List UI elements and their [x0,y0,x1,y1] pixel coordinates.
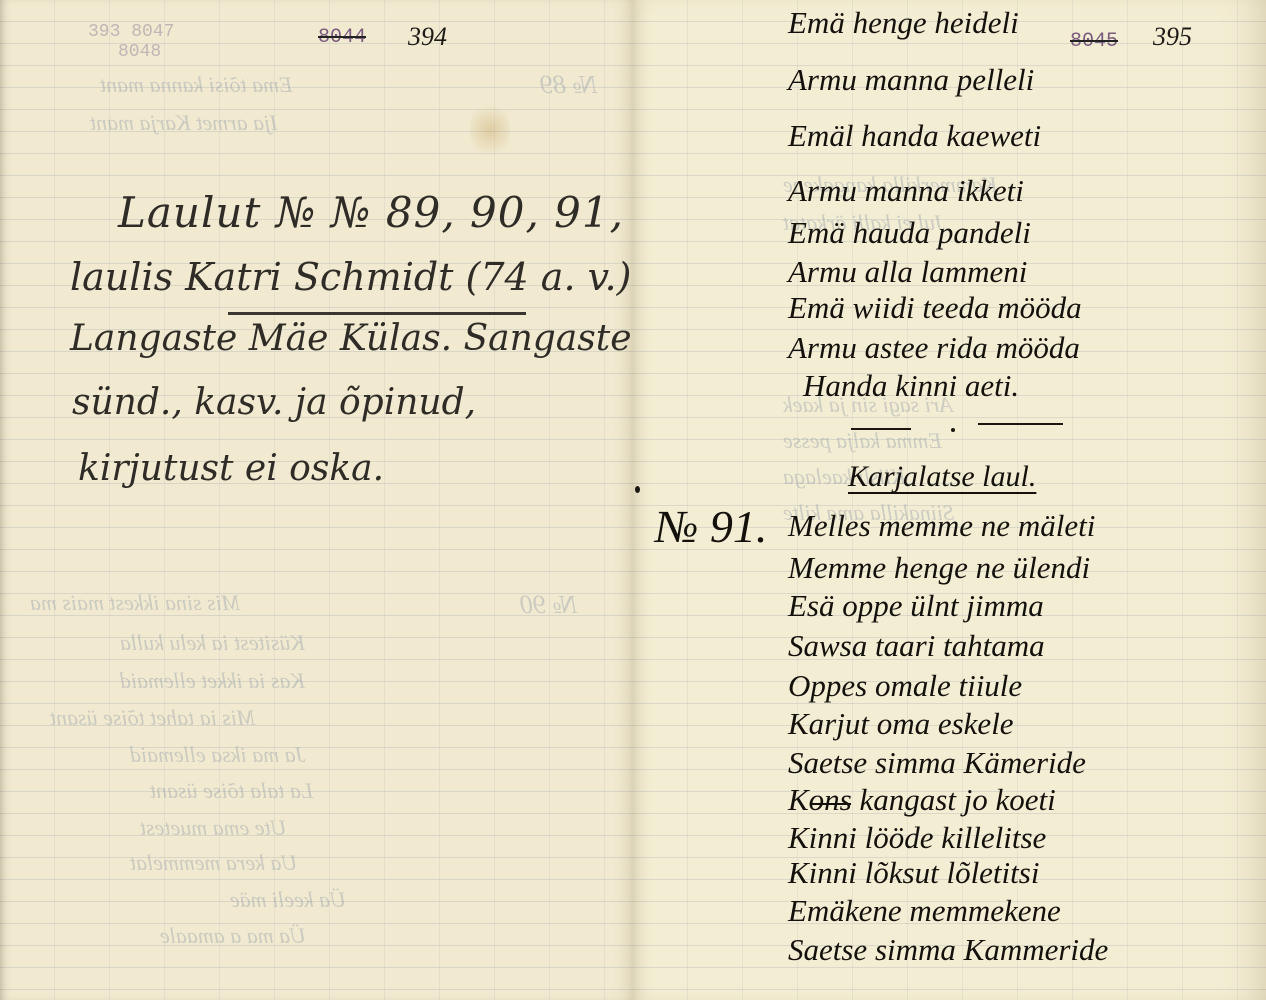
song-verse-line: Kinni lööde killelitse [788,820,1046,856]
old-archive-number: 8045 [1070,30,1118,53]
song-verse-line: Saetse simma Kämeride [788,745,1086,781]
bleed-through-text: Ua kera memmelat [130,850,297,876]
section-divider [978,423,1063,425]
bleed-through-text: Ute ema muetest [140,815,287,841]
song-verse-line: Karjut oma eskele [788,706,1014,742]
section-divider [851,428,911,430]
right-page: 8045 395 Kammerkilla kangakene Jul ei ka… [633,0,1266,1000]
verse-line: Armu manna ikketi [788,173,1024,209]
verse-line: Emä henge heideli [788,5,1019,41]
song-verse-line: Memme henge ne ülendi [788,550,1090,586]
bleed-through-text: La tala tõise üsant [150,778,313,804]
page-number: 394 [408,22,447,52]
page-number: 395 [1153,22,1192,52]
note-line-5: kirjutust ei oska. [78,448,384,489]
verse-line: Emä hauda pandeli [788,215,1031,251]
verse-line: Armu manna pelleli [788,62,1034,98]
bleed-through-text: Kas ia ikket ellemaid [120,668,305,694]
bleed-through-text: Mis sina ikkest mais ma [30,590,240,616]
left-page: 393 8047 8048 8044 394 Ema tõisi kanna m… [0,0,633,1000]
verse-line: Armu alla lammeni [788,254,1027,290]
faint-stamp: 8048 [118,42,161,62]
verse-line: Armu astee rida mööda [788,330,1080,366]
bleed-through-text: Ija armet Karja mant [90,110,278,136]
manuscript-spread: 393 8047 8048 8044 394 Ema tõisi kanna m… [0,0,1266,1000]
bleed-through-text: Üa keeli mäe [230,887,346,913]
song-number: № 91. [655,500,767,553]
strikethrough-mark [811,803,851,805]
song-verse-line: Sawsa taari tahtama [788,628,1045,664]
verse-line: Emäl handa kaeweti [788,118,1041,154]
bleed-through-text: Ja ma iksa ellemaid [130,742,305,768]
song-title: Karjalatse laul. [848,460,1036,494]
note-line-4: sünd., kasv. ja õpinud, [72,382,476,423]
song-verse-line: Emäkene memmekene [788,893,1061,929]
name-underline [228,312,526,315]
bleed-through-text: Mis ia tahet tõise üsant [50,705,255,731]
song-verse-line: Esä oppe ülnt jimma [788,588,1044,624]
paper-stain [470,100,510,160]
note-line-1: Laulut № № 89, 90, 91, 92 [118,188,633,237]
gutter-mark [635,486,640,493]
note-line-2: laulis Katri Schmidt (74 a. v.) [70,255,631,299]
song-verse-line: Oppes omale tiiule [788,668,1022,704]
song-verse-line: Kinni lõksut lõletitsi [788,855,1039,891]
section-divider-dot [951,428,955,432]
song-verse-line: Kons kangast jo koeti [788,782,1056,818]
bleed-through-text: Ema tõisi kanna mant [100,72,293,98]
verse-line: Emä wiidi teeda mööda [788,290,1082,326]
note-line-3: Langaste Mäe Külas. Sangaste [70,318,632,359]
bleed-through-text: Üa ma a amaale [160,923,306,949]
old-archive-number: 8044 [318,26,366,49]
bleed-through-text: Küsitest ia kelu kulla [120,630,305,656]
bleed-through-text: № 89 [540,70,597,100]
verse-line: Handa kinni aeti. [803,368,1019,404]
bleed-through-text: Emma kalja pesse [783,428,942,454]
bleed-through-text: № 90 [520,590,577,620]
song-verse-line: Saetse simma Kammeride [788,932,1108,968]
bleed-page-number: 393 8047 [88,22,174,42]
song-verse-line: Melles memme ne mäleti [788,508,1095,544]
